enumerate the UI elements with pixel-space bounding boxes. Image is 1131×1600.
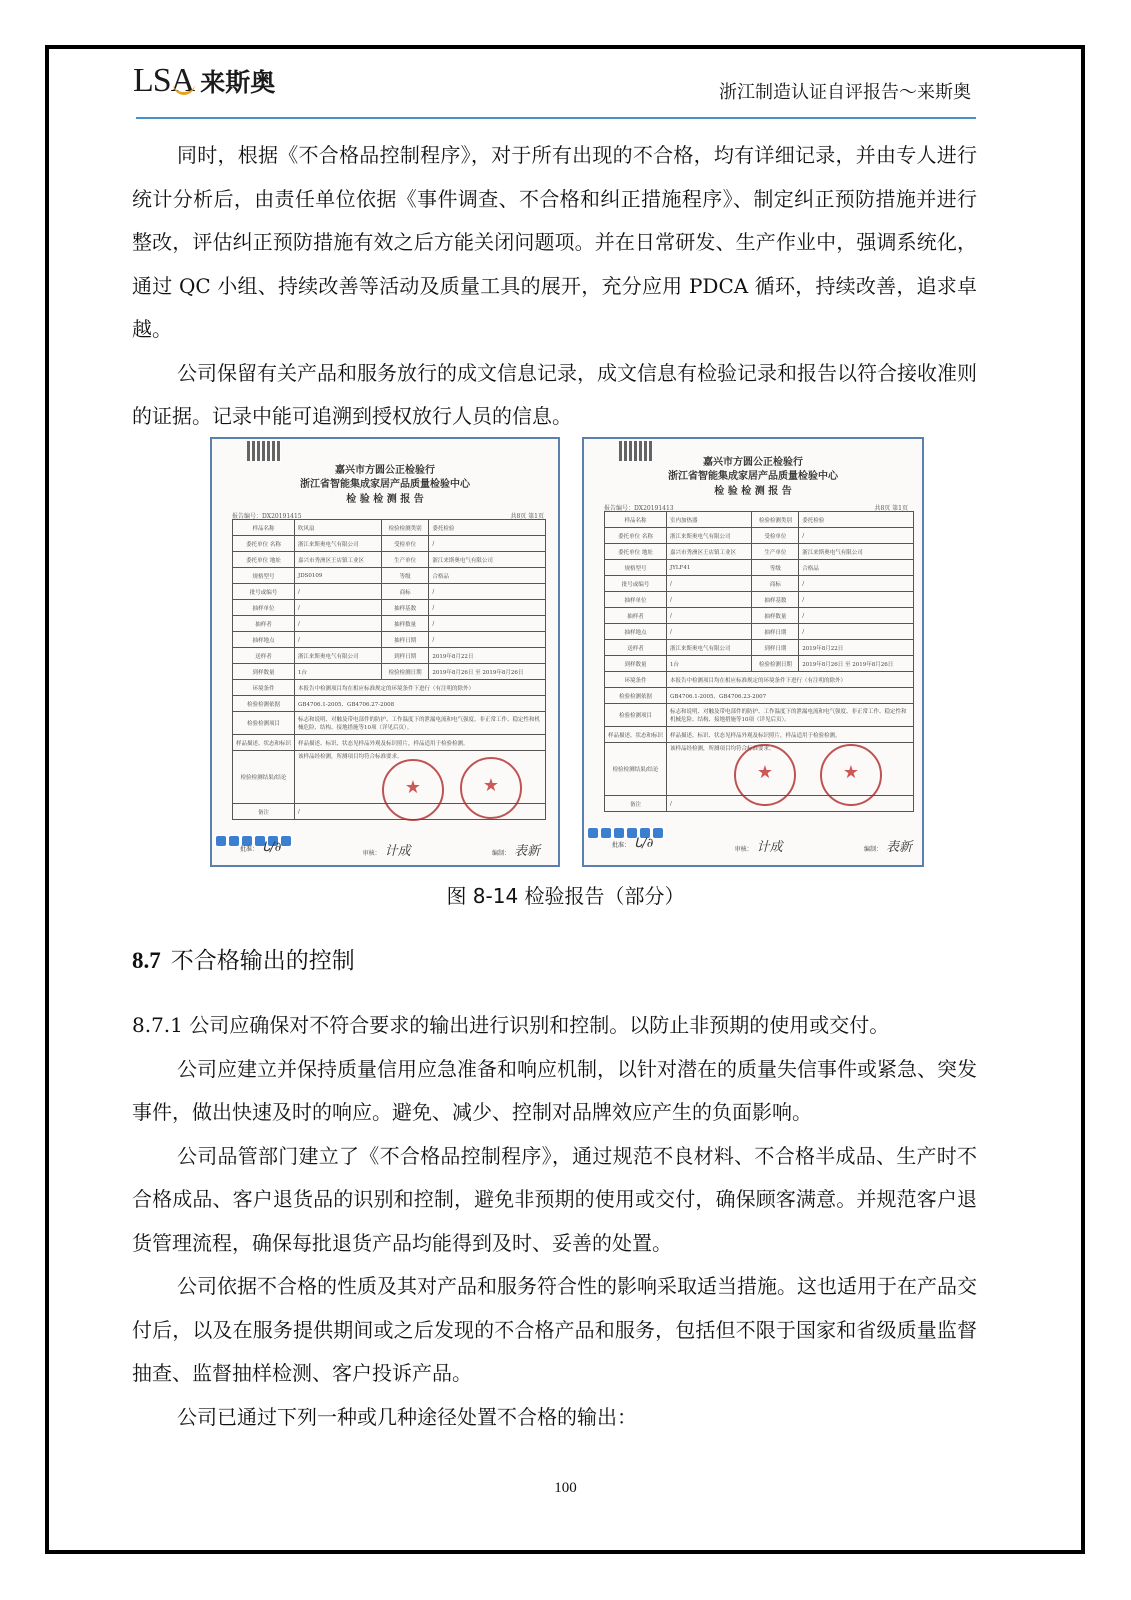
signature-row: 批准：ᒐ/∂ 审核：计成 编制：表新 (612, 836, 912, 855)
figure-inspection-reports: 嘉兴市方圆公正检验行 浙江省智能集成家居产品质量检验中心 检 验 检 测 报 告… (210, 437, 924, 869)
report-org1: 嘉兴市方圆公正检验行 (212, 461, 558, 476)
paragraph: 公司保留有关产品和服务放行的成文信息记录，成文信息有检验记录和报告以符合接收准则… (132, 352, 977, 439)
paragraph: 公司已通过下列一种或几种途径处置不合格的输出： (132, 1396, 977, 1440)
signature-row: 批准：ᒐ/∂ 审核：计成 编制：表新 (240, 840, 540, 859)
paragraph: 公司应建立并保持质量信用应急准备和响应机制，以针对潜在的质量失信事件或紧急、突发… (132, 1048, 977, 1135)
section-title-text: 不合格输出的控制 (171, 948, 355, 974)
report-doc-title: 检 验 检 测 报 告 (212, 490, 558, 505)
page-header: LSA 来斯奥 浙江制造认证自评报告～来斯奥 (133, 60, 973, 120)
paragraph: 同时，根据《不合格品控制程序》，对于所有出现的不合格，均有详细记录，并由专人进行… (132, 134, 977, 352)
company-logo: LSA 来斯奥 (133, 62, 275, 100)
report-org2: 浙江省智能集成家居产品质量检验中心 (584, 467, 922, 482)
page-number: 100 (0, 1480, 1131, 1497)
inspection-report-image: 嘉兴市方圆公正检验行 浙江省智能集成家居产品质量检验中心 检 验 检 测 报 告… (210, 437, 560, 867)
header-divider (136, 117, 976, 119)
section-heading: 8.7不合格输出的控制 (132, 942, 355, 975)
paragraph: 公司依据不合格的性质及其对产品和服务符合性的影响采取适当措施。这也适用于在产品交… (132, 1265, 977, 1396)
figure-caption: 图 8-14 检验报告（部分） (0, 880, 1131, 909)
red-seal-stamp-icon: ★ (382, 759, 444, 821)
logo-cn-text: 来斯奥 (200, 63, 275, 99)
header-title: 浙江制造认证自评报告～来斯奥 (719, 78, 971, 104)
body-text-top: 同时，根据《不合格品控制程序》，对于所有出现的不合格，均有详细记录，并由专人进行… (132, 134, 977, 439)
paragraph: 8.7.1 公司应确保对不符合要求的输出进行识别和控制。以防止非预期的使用或交付… (132, 1004, 977, 1048)
report-doc-title: 检 验 检 测 报 告 (584, 482, 922, 497)
report-org1: 嘉兴市方圆公正检验行 (584, 453, 922, 468)
red-seal-stamp-icon: ★ (734, 744, 796, 806)
paragraph: 公司品管部门建立了《不合格品控制程序》，通过规范不良材料、不合格半成品、生产时不… (132, 1135, 977, 1266)
body-text-bottom: 8.7.1 公司应确保对不符合要求的输出进行识别和控制。以防止非预期的使用或交付… (132, 1004, 977, 1439)
qr-code-icon (247, 441, 281, 461)
section-number: 8.7 (132, 948, 161, 973)
red-seal-stamp-icon: ★ (460, 757, 522, 819)
inspection-report-image: 嘉兴市方圆公正检验行 浙江省智能集成家居产品质量检验中心 检 验 检 测 报 告… (582, 437, 924, 867)
red-seal-stamp-icon: ★ (820, 744, 882, 806)
report-org2: 浙江省智能集成家居产品质量检验中心 (212, 475, 558, 490)
